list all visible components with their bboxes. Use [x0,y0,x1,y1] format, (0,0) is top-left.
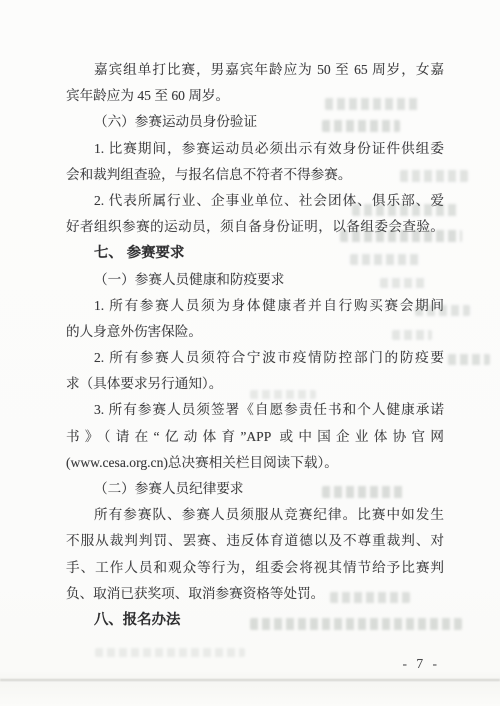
page-bottom-edge-shadow [0,679,500,681]
section-heading-8: 八、报名办法 [66,607,444,633]
body-text-line: 所有参赛队、参赛人员须服从竞赛纪律。比赛中如发生 [66,502,444,528]
subsection-heading-1: （一）参赛人员健康和防疫要求 [66,267,444,293]
body-text-line: 会和裁判组查验，与报名信息不符者不得参赛。 [66,162,444,188]
body-text-line: 1. 比赛期间，参赛运动员必须出示有效身份证件供组委 [66,136,444,162]
subsection-heading-6: （六）参赛运动员身份验证 [66,109,444,135]
section-heading-7: 七、 参赛要求 [66,240,444,266]
body-text-line: 好者组织参赛的运动员，须自备身份证明，以备组委会查验。 [66,214,444,240]
subsection-heading-2: （二）参赛人员纪律要求 [66,476,444,502]
body-text-line: 2. 所有参赛人员须符合宁波市疫情防控部门的防疫要 [66,345,444,371]
body-text-line: 嘉宾组单打比赛，男嘉宾年龄应为 50 至 65 周岁，女嘉 [66,57,444,83]
body-text-line: 2. 代表所属行业、企事业单位、社会团体、俱乐部、爱 [66,188,444,214]
body-text-line: 不服从裁判判罚、罢赛、违反体育道德以及不尊重裁判、对 [66,528,444,554]
body-text-line: 宾年龄应为 45 至 60 周岁。 [66,83,444,109]
body-text-line: 的人身意外伤害保险。 [66,319,444,345]
document-body: 嘉宾组单打比赛，男嘉宾年龄应为 50 至 65 周岁，女嘉 宾年龄应为 45 至… [66,57,444,633]
page-number: - 7 - [403,656,441,672]
body-text-line: 书》（请在“亿动体育”APP 或中国企业体协官网 [66,424,444,450]
body-text-line: 手、工作人员和观众等行为，组委会将视其情节给予比赛判 [66,555,444,581]
body-text-line: 3. 所有参赛人员须签署《自愿参责任书和个人健康承诺 [66,397,444,423]
body-text-line: 求（具体要求另行通知）。 [66,371,444,397]
body-text-line-url: (www.cesa.org.cn)总决赛相关栏目阅读下载）。 [66,450,444,476]
scanned-document-page: 嘉宾组单打比赛，男嘉宾年龄应为 50 至 65 周岁，女嘉 宾年龄应为 45 至… [0,0,500,706]
body-text-line: 负、取消已获奖项、取消参赛资格等处罚。 [66,581,444,607]
bleed-through-mark [448,354,490,365]
bleed-through-mark [95,648,245,657]
body-text-line: 1. 所有参赛人员须为身体健康者并自行购买赛会期间 [66,293,444,319]
